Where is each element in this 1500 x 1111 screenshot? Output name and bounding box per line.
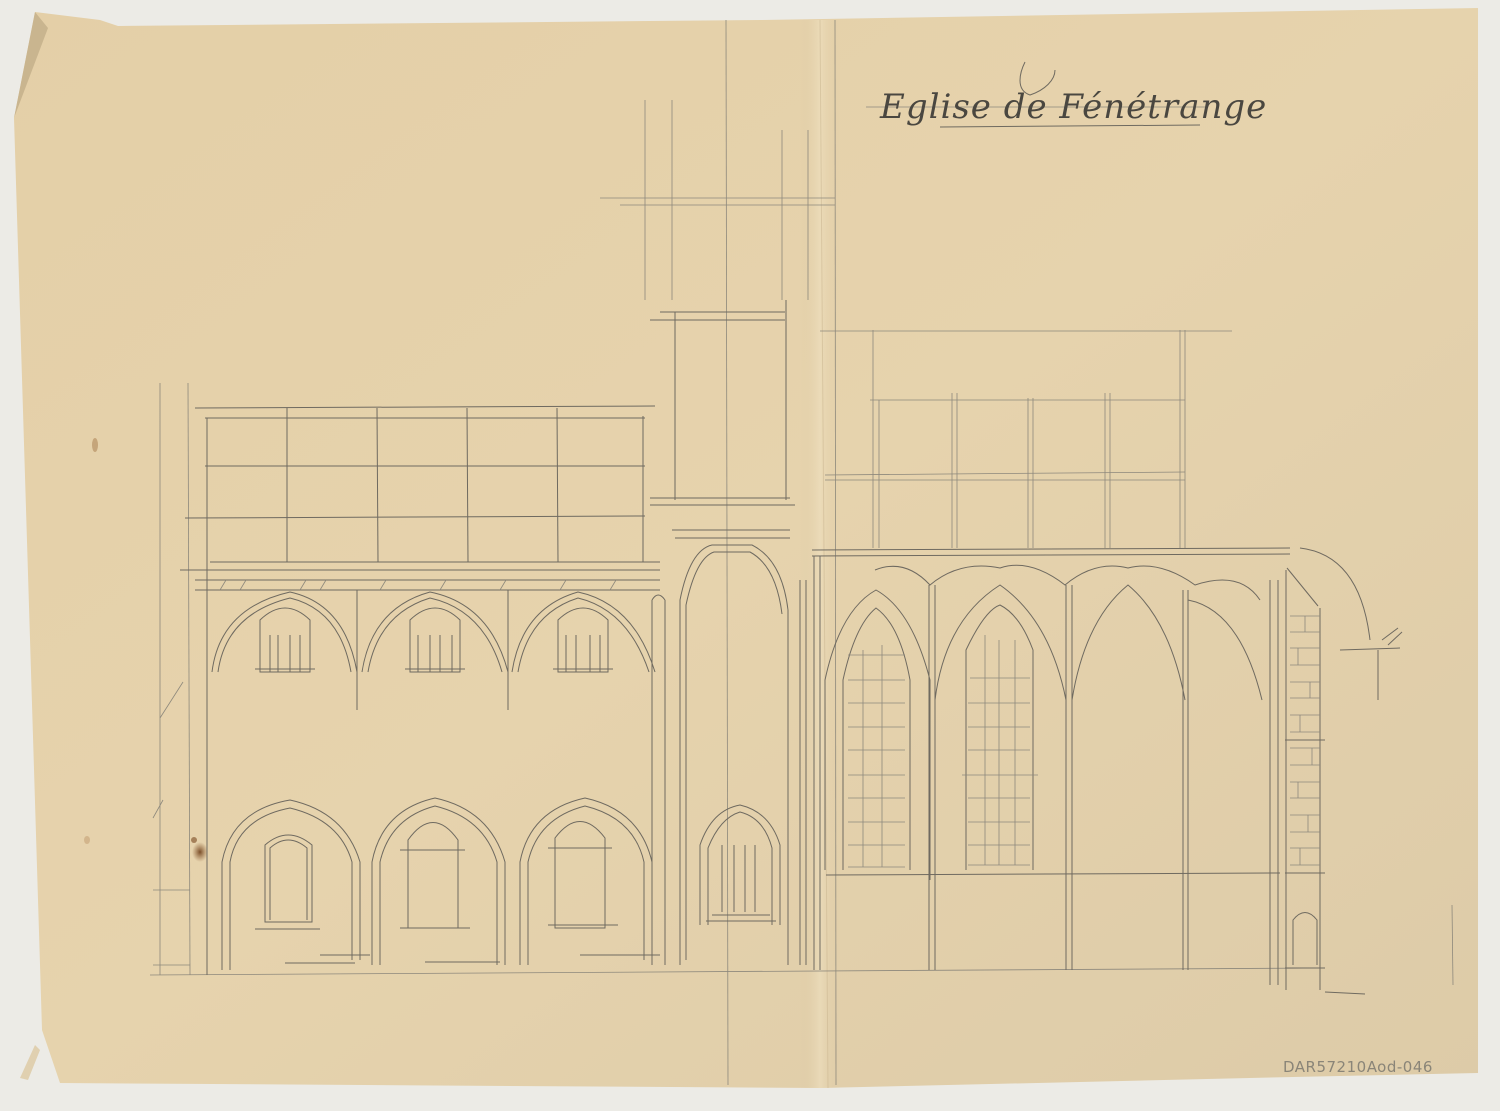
paper-tab	[20, 1045, 40, 1080]
title-text: Eglise de Fénétrange	[879, 87, 1267, 127]
archive-reference: DAR57210Aod-046	[1283, 1058, 1433, 1076]
scanned-drawing: Eglise de Fénétrange DAR57210Aod-046	[0, 0, 1500, 1111]
stain	[192, 842, 208, 862]
